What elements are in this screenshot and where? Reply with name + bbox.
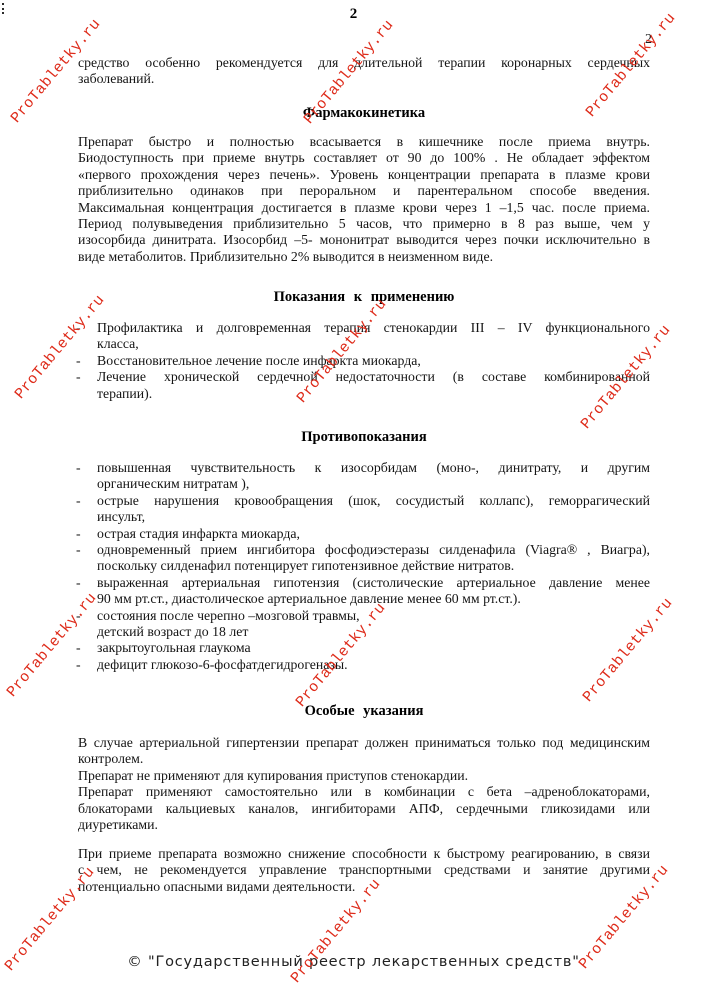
indications-list: - Профилактика и долговременная терапия … bbox=[78, 320, 650, 402]
text-line: Препарат применяют самостоятельно или в … bbox=[78, 784, 650, 800]
footer-copyright: © "Государственный реестр лекарственных … bbox=[0, 953, 707, 971]
list-dash: - bbox=[76, 460, 97, 476]
text-line: инсульт, bbox=[97, 509, 650, 525]
list-item: - Профилактика и долговременная терапия … bbox=[78, 320, 650, 353]
list-dash: - bbox=[76, 608, 97, 624]
text-line: потенциально опасными видами деятельност… bbox=[78, 879, 650, 895]
text-line: острая стадия инфаркта миокарда, bbox=[97, 526, 650, 542]
list-item: - острая стадия инфаркта миокарда, bbox=[78, 526, 650, 542]
text-line: В случае артериальной гипертензии препар… bbox=[78, 735, 650, 751]
list-item: - дефицит глюкозо-6-фосфатдегидрогеназы. bbox=[78, 657, 650, 673]
section-title-special: Особые указания bbox=[78, 703, 650, 720]
text-line: 90 мм рт.ст., диастолическое артериально… bbox=[97, 591, 650, 607]
section-title-indications: Показания к применению bbox=[78, 289, 650, 306]
text-line: одновременный прием ингибитора фосфодиэс… bbox=[97, 542, 650, 558]
special-paragraph-driving: При приеме препарата возможно снижение с… bbox=[78, 846, 650, 895]
text-line: Профилактика и долговременная терапия ст… bbox=[97, 320, 650, 336]
text-line: «первого прохождения через печень». Уров… bbox=[78, 167, 650, 183]
paragraph: Препарат применяют самостоятельно или в … bbox=[78, 784, 650, 833]
contraindications-list: - повышенная чувствительность к изосорби… bbox=[78, 460, 650, 673]
list-item: детский возраст до 18 лет bbox=[78, 624, 650, 640]
text-line: состояния после черепно –мозговой травмы… bbox=[97, 608, 650, 624]
text-line: приблизительно одинаков при пероральном … bbox=[78, 183, 650, 199]
paragraph: В случае артериальной гипертензии препар… bbox=[78, 735, 650, 768]
text-line: выраженная артериальная гипотензия (сист… bbox=[97, 575, 650, 591]
text-line: контролем. bbox=[78, 751, 650, 767]
list-dash: - bbox=[76, 640, 97, 656]
list-item: - острые нарушения кровообращения (шок, … bbox=[78, 493, 650, 526]
text-line: заболеваний. bbox=[78, 71, 650, 87]
text-line: Максимальная концентрация достигается в … bbox=[78, 200, 650, 216]
page-number-right: 2 bbox=[645, 32, 652, 47]
text-line: Биодоступность при приеме внутрь составл… bbox=[78, 150, 650, 166]
text-line: детский возраст до 18 лет bbox=[97, 624, 650, 640]
list-item: - выраженная артериальная гипотензия (си… bbox=[78, 575, 650, 608]
document-page: 2 2 средство особенно рекомендуется для … bbox=[0, 0, 707, 1000]
list-item: - повышенная чувствительность к изосорби… bbox=[78, 460, 650, 493]
list-dash: - bbox=[76, 542, 97, 558]
text-line: виде метаболитов. Приблизительно 2% выво… bbox=[78, 249, 650, 265]
list-item: - Восстановительное лечение после инфарк… bbox=[78, 353, 650, 369]
special-paragraphs: В случае артериальной гипертензии препар… bbox=[78, 735, 650, 833]
paragraph: Препарат не применяют для купирования пр… bbox=[78, 768, 650, 784]
section-title-contraindications: Противопоказания bbox=[78, 429, 650, 446]
list-dash: - bbox=[76, 353, 97, 369]
section-title-pharmacokinetics: Фармакокинетика bbox=[78, 105, 650, 122]
text-line: класса, bbox=[97, 336, 650, 352]
list-dash: - bbox=[76, 575, 97, 591]
text-line: органическим нитратам ), bbox=[97, 476, 650, 492]
list-dash: - bbox=[76, 369, 97, 385]
page-number-top: 2 bbox=[0, 6, 707, 22]
list-item: - закрытоугольная глаукома bbox=[78, 640, 650, 656]
text-line: закрытоугольная глаукома bbox=[97, 640, 650, 656]
text-line: дефицит глюкозо-6-фосфатдегидрогеназы. bbox=[97, 657, 650, 673]
list-dash: - bbox=[76, 320, 97, 336]
text-line: Лечение хронической сердечной недостаточ… bbox=[97, 369, 650, 385]
text-line: блокаторами кальциевых каналов, ингибито… bbox=[78, 801, 650, 817]
text-line: При приеме препарата возможно снижение с… bbox=[78, 846, 650, 862]
intro-paragraph: средство особенно рекомендуется для длит… bbox=[78, 55, 650, 88]
text-line: Восстановительное лечение после инфаркта… bbox=[97, 353, 650, 369]
text-line: острые нарушения кровообращения (шок, со… bbox=[97, 493, 650, 509]
text-line: Препарат не применяют для купирования пр… bbox=[78, 768, 650, 784]
text-line: терапии). bbox=[97, 386, 650, 402]
pharmacokinetics-paragraph: Препарат быстро и полностью всасывается … bbox=[78, 134, 650, 265]
list-item: - одновременный прием ингибитора фосфоди… bbox=[78, 542, 650, 575]
text-line: Препарат быстро и полностью всасывается … bbox=[78, 134, 650, 150]
text-line: Период полувыведения приблизительно 5 ча… bbox=[78, 216, 650, 232]
list-dash: - bbox=[76, 657, 97, 673]
text-line: средство особенно рекомендуется для длит… bbox=[78, 55, 650, 71]
text-line: поскольку силденафил потенцирует гипотен… bbox=[97, 558, 650, 574]
list-dash: - bbox=[76, 493, 97, 509]
list-dash: - bbox=[76, 526, 97, 542]
text-line: с чем, не рекомендуется управление транс… bbox=[78, 862, 650, 878]
list-item: - Лечение хронической сердечной недостат… bbox=[78, 369, 650, 402]
text-line: повышенная чувствительность к изосорбида… bbox=[97, 460, 650, 476]
list-item: - состояния после черепно –мозговой трав… bbox=[78, 608, 650, 624]
text-line: диуретиками. bbox=[78, 817, 650, 833]
text-line: изосорбида динитрата. Изосорбид –5- моно… bbox=[78, 232, 650, 248]
